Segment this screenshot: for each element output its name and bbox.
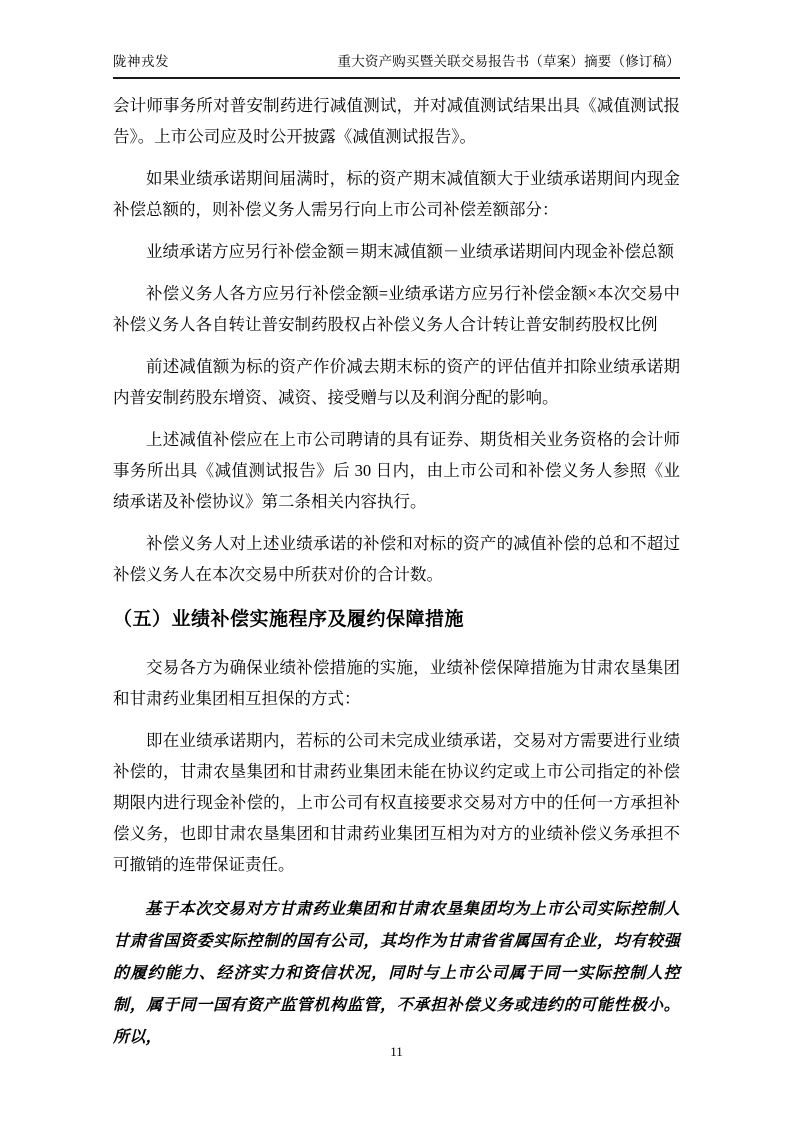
- paragraph: 会计师事务所对普安制药进行减值测试，并对减值测试结果出具《减值测试报告》。上市公…: [113, 90, 680, 152]
- paragraph: 基于本次交易对方甘肃药业集团和甘肃农垦集团均为上市公司实际控制人甘肃省国资委实际…: [113, 894, 680, 1054]
- header-document-title: 重大资产购买暨关联交易报告书（草案）摘要（修订稿）: [338, 50, 681, 70]
- document-page: 陇神戎发 重大资产购买暨关联交易报告书（草案）摘要（修订稿） 会计师事务所对普安…: [0, 0, 793, 1122]
- paragraph: 业绩承诺方应另行补偿金额＝期末减值额－业绩承诺期间内现金补偿总额: [113, 236, 680, 267]
- header-company-name: 陇神戎发: [113, 50, 169, 70]
- document-body: 会计师事务所对普安制药进行减值测试，并对减值测试结果出具《减值测试报告》。上市公…: [113, 90, 680, 1065]
- paragraph: 即在业绩承诺期内，若标的公司未完成业绩承诺，交易对方需要进行业绩补偿的，甘肃农垦…: [113, 725, 680, 880]
- paragraph: 补偿义务人各方应另行补偿金额=业绩承诺方应另行补偿金额×本次交易中补偿义务人各自…: [113, 278, 680, 340]
- paragraph: 交易各方为确保业绩补偿措施的实施，业绩补偿保障措施为甘肃农垦集团和甘肃药业集团相…: [113, 652, 680, 714]
- document-header: 陇神戎发 重大资产购买暨关联交易报告书（草案）摘要（修订稿）: [113, 50, 680, 79]
- document-footer: 11: [0, 1044, 793, 1060]
- paragraph: 如果业绩承诺期间届满时，标的资产期末减值额大于业绩承诺期间内现金补偿总额的，则补…: [113, 163, 680, 225]
- paragraph: 上述减值补偿应在上市公司聘请的具有证券、期货相关业务资格的会计师事务所出具《减值…: [113, 424, 680, 517]
- page-number: 11: [390, 1044, 403, 1059]
- paragraph: 前述减值额为标的资产作价减去期末标的资产的评估值并扣除业绩承诺期内普安制药股东增…: [113, 351, 680, 413]
- section-heading: （五）业绩补偿实施程序及履约保障措施: [113, 607, 680, 633]
- paragraph: 补偿义务人对上述业绩承诺的补偿和对标的资产的减值补偿的总和不超过补偿义务人在本次…: [113, 528, 680, 590]
